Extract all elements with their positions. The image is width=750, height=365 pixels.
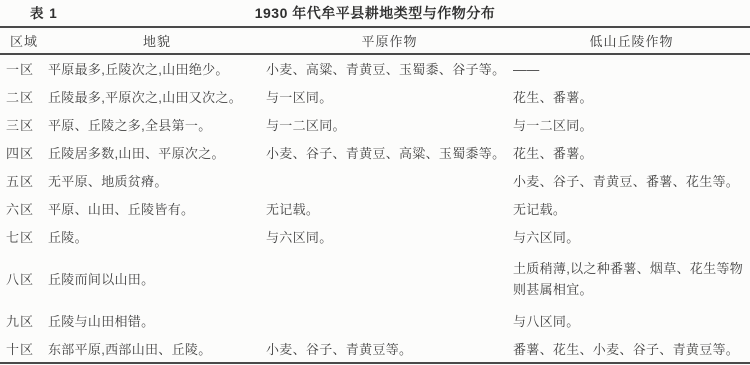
cell-landform: 无平原、地质贫瘠。 <box>48 171 266 192</box>
cell-region: 一区 <box>0 59 48 80</box>
cell-region: 二区 <box>0 87 48 108</box>
cell-region: 四区 <box>0 143 48 164</box>
cell-region: 十区 <box>0 339 48 360</box>
cell-landform: 平原、丘陵之多,全县第一。 <box>48 115 266 136</box>
cell-plain-crops: 小麦、谷子、青黄豆等。 <box>266 339 513 360</box>
table-row: 五区 无平原、地质贫瘠。 小麦、谷子、青黄豆、番薯、花生等。 <box>0 167 750 195</box>
cell-plain-crops: 小麦、高粱、青黄豆、玉蜀黍、谷子等。 <box>266 59 513 80</box>
cell-landform: 丘陵而间以山田。 <box>48 269 266 290</box>
cell-hill-crops: —— <box>513 59 750 80</box>
cell-region: 五区 <box>0 171 48 192</box>
cell-region: 六区 <box>0 199 48 220</box>
cell-landform: 丘陵与山田相错。 <box>48 311 266 332</box>
cell-hill-crops: 与八区同。 <box>513 311 750 332</box>
table-row: 一区 平原最多,丘陵次之,山田绝少。 小麦、高粱、青黄豆、玉蜀黍、谷子等。 —— <box>0 55 750 83</box>
cell-hill-crops: 与六区同。 <box>513 227 750 248</box>
table-row: 七区 丘陵。 与六区同。 与六区同。 <box>0 223 750 251</box>
table-row: 九区 丘陵与山田相错。 与八区同。 <box>0 307 750 335</box>
cell-hill-crops: 花生、番薯。 <box>513 87 750 108</box>
cell-plain-crops: 与六区同。 <box>266 227 513 248</box>
cell-hill-crops: 小麦、谷子、青黄豆、番薯、花生等。 <box>513 171 750 192</box>
cell-landform: 平原最多,丘陵次之,山田绝少。 <box>48 59 266 80</box>
table-title: 1930 年代牟平县耕地类型与作物分布 <box>0 3 750 24</box>
cell-landform: 丘陵居多数,山田、平原次之。 <box>48 143 266 164</box>
cell-landform: 丘陵最多,平原次之,山田又次之。 <box>48 87 266 108</box>
cell-hill-crops: 土质稍薄,以之种番薯、烟草、花生等物则甚属相宜。 <box>513 258 750 300</box>
scanned-table-page: 表 1 1930 年代牟平县耕地类型与作物分布 区域 地貌 平原作物 低山丘陵作… <box>0 0 750 365</box>
cell-region: 七区 <box>0 227 48 248</box>
cell-hill-crops: 无记载。 <box>513 199 750 220</box>
header-hill-crops: 低山丘陵作物 <box>513 31 750 50</box>
cell-plain-crops: 与一二区同。 <box>266 115 513 136</box>
cell-landform: 丘陵。 <box>48 227 266 248</box>
cell-plain-crops: 无记载。 <box>266 199 513 220</box>
table-row: 二区 丘陵最多,平原次之,山田又次之。 与一区同。 花生、番薯。 <box>0 83 750 111</box>
header-region: 区域 <box>0 31 48 50</box>
header-plain-crops: 平原作物 <box>266 31 513 50</box>
header-landform: 地貌 <box>48 31 266 50</box>
table-row: 八区 丘陵而间以山田。 土质稍薄,以之种番薯、烟草、花生等物则甚属相宜。 <box>0 251 750 307</box>
table-row: 四区 丘陵居多数,山田、平原次之。 小麦、谷子、青黄豆、高粱、玉蜀黍等。 花生、… <box>0 139 750 167</box>
cell-landform: 平原、山田、丘陵皆有。 <box>48 199 266 220</box>
cell-landform: 东部平原,西部山田、丘陵。 <box>48 339 266 360</box>
cell-hill-crops: 花生、番薯。 <box>513 143 750 164</box>
cell-plain-crops: 与一区同。 <box>266 87 513 108</box>
table-row: 六区 平原、山田、丘陵皆有。 无记载。 无记载。 <box>0 195 750 223</box>
cell-plain-crops: 小麦、谷子、青黄豆、高粱、玉蜀黍等。 <box>266 143 513 164</box>
cell-region: 九区 <box>0 311 48 332</box>
table-row: 三区 平原、丘陵之多,全县第一。 与一二区同。 与一二区同。 <box>0 111 750 139</box>
table-number-label: 表 1 <box>30 3 58 24</box>
table-header-row: 区域 地貌 平原作物 低山丘陵作物 <box>0 28 750 53</box>
cell-region: 八区 <box>0 269 48 290</box>
rule-bottom <box>0 362 750 364</box>
table-row: 十区 东部平原,西部山田、丘陵。 小麦、谷子、青黄豆等。 番薯、花生、小麦、谷子… <box>0 335 750 363</box>
cell-hill-crops: 番薯、花生、小麦、谷子、青黄豆等。 <box>513 339 750 360</box>
title-row: 表 1 1930 年代牟平县耕地类型与作物分布 <box>0 3 750 24</box>
table-body: 一区 平原最多,丘陵次之,山田绝少。 小麦、高粱、青黄豆、玉蜀黍、谷子等。 ——… <box>0 55 750 363</box>
cell-hill-crops: 与一二区同。 <box>513 115 750 136</box>
cell-region: 三区 <box>0 115 48 136</box>
